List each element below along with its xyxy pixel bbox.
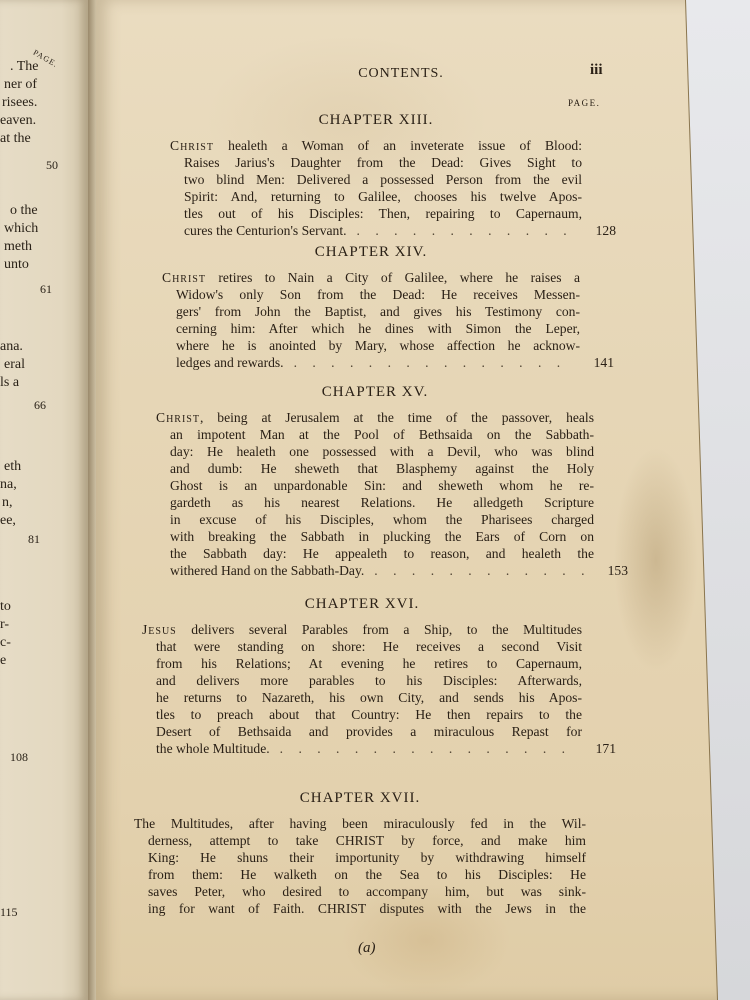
- summary-line: tles out of his Disciples: Then, repairi…: [184, 205, 582, 222]
- left-page-text-fragment: e: [0, 654, 6, 668]
- left-page-text-fragment: unto: [4, 258, 29, 272]
- chapter-title: CHAPTER XV.: [156, 384, 594, 401]
- contents-page: CONTENTS. iii PAGE. CHAPTER XIII. Christ…: [96, 0, 718, 1000]
- summary-last-line: withered Hand on the Sabbath-Day.. . . .…: [170, 562, 594, 579]
- summary-last-line: cures the Centurion's Servant.. . . . . …: [184, 222, 582, 239]
- page-number: 171: [596, 740, 616, 757]
- summary-line: Desert of Bethsaida and provides a mirac…: [156, 723, 582, 740]
- summary-line: Christ retires to Nain a City of Galilee…: [162, 269, 580, 286]
- left-page-text-fragment: which: [4, 222, 38, 236]
- left-page-text-fragment: eth: [4, 460, 21, 474]
- summary-text: the whole Multitude.: [156, 740, 270, 757]
- left-page-number: 81: [28, 532, 40, 547]
- chapter-xvii: CHAPTER XVII. The Multitudes, after havi…: [134, 790, 586, 917]
- left-page-text-fragment: n,: [2, 496, 13, 510]
- summary-line: ing for want of Faith. CHRIST disputes w…: [148, 900, 586, 917]
- summary-line: tles to preach about that Country: He th…: [156, 706, 582, 723]
- left-page-number: 66: [34, 398, 46, 413]
- summary-line: gers' from John the Baptist, and gives h…: [176, 303, 580, 320]
- chapter-xvi: CHAPTER XVI. Jesus delivers several Para…: [142, 596, 582, 757]
- summary-line: where he is anointed by Mary, whose affe…: [176, 337, 580, 354]
- left-page-number: 61: [40, 282, 52, 297]
- summary-line: Widow's only Son from the Dead: He recei…: [176, 286, 580, 303]
- summary-text: retires to Nain a City of Galilee, where…: [206, 270, 580, 285]
- left-page-number: 108: [10, 750, 28, 765]
- left-page-text-fragment: eral: [4, 358, 25, 372]
- chapter-summary: Christ, being at Jerusalem at the time o…: [156, 409, 594, 579]
- lead-word: Christ: [170, 138, 214, 153]
- summary-text: , being at Jerusalem at the time of the …: [200, 410, 594, 425]
- lead-word: Jesus: [142, 622, 177, 637]
- summary-line: with breaking the Sabbath in plucking th…: [170, 528, 594, 545]
- leader-dots: . . . . . . . . . . . . . . . . . . . . …: [374, 562, 584, 579]
- summary-line: he returns to Nazareth, his own City, an…: [156, 689, 582, 706]
- summary-last-line: ledges and rewards.. . . . . . . . . . .…: [176, 354, 580, 371]
- lead-word: Christ: [162, 270, 206, 285]
- summary-line: Ghost is an unpardonable Sin: and shewet…: [170, 477, 594, 494]
- chapter-summary: Christ retires to Nain a City of Galilee…: [162, 269, 580, 371]
- summary-line: Christ, being at Jerusalem at the time o…: [156, 409, 594, 426]
- page-number: 141: [594, 354, 614, 371]
- summary-line: an impotent Man at the Pool of Bethsaida…: [170, 426, 594, 443]
- chapter-xiii: CHAPTER XIII. Christ healeth a Woman of …: [170, 112, 582, 239]
- summary-line: derness, attempt to take CHRIST by force…: [148, 832, 586, 849]
- left-page-text-fragment: at the: [0, 132, 31, 146]
- left-page-text-fragment: c-: [0, 636, 11, 650]
- left-page-text-fragment: eaven.: [0, 114, 36, 128]
- chapter-title: CHAPTER XVII.: [134, 790, 586, 807]
- chapter-title: CHAPTER XIII.: [170, 112, 582, 129]
- left-page-text-fragment: meth: [4, 240, 32, 254]
- summary-line: Christ healeth a Woman of an inveterate …: [170, 137, 582, 154]
- summary-line: two blind Men: Delivered a possessed Per…: [184, 171, 582, 188]
- chapter-summary: The Multitudes, after having been miracu…: [134, 815, 586, 917]
- summary-line: from his Relations; At evening he retire…: [156, 655, 582, 672]
- summary-line: King: He shuns their importunity by with…: [148, 849, 586, 866]
- left-page-number: 115: [0, 905, 18, 920]
- summary-line: gardeth as his nearest Relations. He all…: [170, 494, 594, 511]
- folio-number: iii: [590, 62, 603, 79]
- summary-line: The Multitudes, after having been miracu…: [134, 815, 586, 832]
- summary-line: Raises Jarius's Daughter from the Dead: …: [184, 154, 582, 171]
- page-number: 128: [596, 222, 616, 239]
- leader-dots: . . . . . . . . . . . . . . . . . . . . …: [280, 740, 572, 757]
- chapter-xv: CHAPTER XV. Christ, being at Jerusalem a…: [156, 384, 594, 579]
- left-page-text-fragment: to: [0, 600, 11, 614]
- left-facing-page: PAGE. . Thener ofrisees.eaven.at theo th…: [0, 0, 90, 1000]
- summary-line: the Sabbath day: He appealeth to reason,…: [170, 545, 594, 562]
- summary-line: cerning him: After which he dines with S…: [176, 320, 580, 337]
- left-page-text-fragment: ls a: [0, 376, 19, 390]
- summary-last-line: the whole Multitude.. . . . . . . . . . …: [156, 740, 582, 757]
- left-page-text-fragment: ee,: [0, 514, 16, 528]
- chapter-title: CHAPTER XVI.: [142, 596, 582, 613]
- signature-mark: (a): [358, 940, 376, 957]
- summary-text: delivers several Parables from a Ship, t…: [177, 622, 582, 637]
- left-page-text-fragment: o the: [10, 204, 38, 218]
- leader-dots: . . . . . . . . . . . . . . . . . . . . …: [357, 222, 572, 239]
- left-page-text-fragment: ner of: [4, 78, 37, 92]
- chapter-title: CHAPTER XIV.: [162, 244, 580, 261]
- left-page-number: 50: [46, 158, 58, 173]
- summary-line: Jesus delivers several Parables from a S…: [142, 621, 582, 638]
- summary-text: cures the Centurion's Servant.: [184, 222, 347, 239]
- leader-dots: . . . . . . . . . . . . . . . . . . . . …: [294, 354, 570, 371]
- page-column-label: PAGE.: [568, 98, 600, 108]
- chapter-summary: Jesus delivers several Parables from a S…: [142, 621, 582, 757]
- summary-line: saves Peter, who desired to accompany hi…: [148, 883, 586, 900]
- summary-text: healeth a Woman of an inveterate issue o…: [214, 138, 582, 153]
- page-number: 153: [608, 562, 628, 579]
- summary-line: in excuse of his Disciples, whom the Pha…: [170, 511, 594, 528]
- left-page-text-fragment: r-: [0, 618, 9, 632]
- summary-line: that were standing on shore: He receives…: [156, 638, 582, 655]
- summary-line: day: He healeth one possessed with a Dev…: [170, 443, 594, 460]
- chapter-xiv: CHAPTER XIV. Christ retires to Nain a Ci…: [162, 244, 580, 371]
- summary-line: Spirit: And, returning to Galilee, choos…: [184, 188, 582, 205]
- summary-text: withered Hand on the Sabbath-Day.: [170, 562, 364, 579]
- left-page-text-fragment: ana.: [0, 340, 23, 354]
- summary-line: and delivers more parables to his Discip…: [156, 672, 582, 689]
- left-page-text-fragment: risees.: [2, 96, 37, 110]
- summary-line: from them: He walketh on the Sea to his …: [148, 866, 586, 883]
- left-page-text-fragment: . The: [10, 60, 39, 74]
- lead-word: Christ: [156, 410, 200, 425]
- page-content: CONTENTS. iii PAGE. CHAPTER XIII. Christ…: [96, 0, 718, 1000]
- running-head: CONTENTS.: [96, 66, 706, 82]
- chapter-summary: Christ healeth a Woman of an inveterate …: [170, 137, 582, 239]
- left-page-text-fragment: na,: [0, 478, 17, 492]
- summary-line: and dumb: He sheweth that Blasphemy agai…: [170, 460, 594, 477]
- book-photo: PAGE. . Thener ofrisees.eaven.at theo th…: [0, 0, 750, 1000]
- summary-text: ledges and rewards.: [176, 354, 284, 371]
